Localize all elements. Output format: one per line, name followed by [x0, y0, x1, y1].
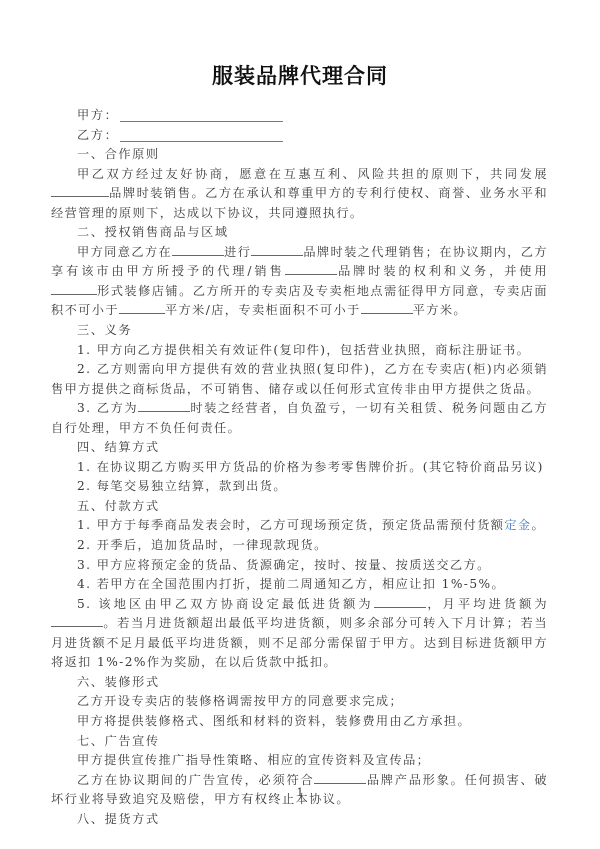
section-heading-5: 五、付款方式	[51, 497, 548, 517]
party-a-field: 甲方：	[51, 106, 548, 126]
blank-field	[51, 185, 109, 197]
section-heading-4: 四、结算方式	[51, 438, 548, 458]
page-number: 1	[0, 786, 600, 799]
party-b-blank[interactable]	[120, 129, 283, 142]
party-b-field: 乙方：	[51, 126, 548, 146]
text-run: 品牌时装的权利和义务，并使用	[337, 264, 548, 278]
section-2-paragraph: 甲方同意乙方在进行品牌时装之代理销售；在协议期内，乙方享有该市由甲方所授予的代理…	[51, 243, 548, 321]
payment-item-5: 5. 该地区由甲乙双方协商设定最低进货额为，月平均进货额为。若当月进货额超出最低…	[51, 595, 548, 673]
obligation-item-3: 3. 乙方为时装之经营者，自负盈亏，一切有关租赁、税务问题由乙方自行处理，甲方不…	[51, 399, 548, 438]
text-run: 1. 甲方于每季商品发表会时，乙方可现场预定货，预定货品需预付货额	[77, 518, 504, 532]
section-heading-2: 二、授权销售商品与区域	[51, 223, 548, 243]
obligation-item-1: 1. 甲方向乙方提供相关有效证件(复印件)，包括营业执照，商标注册证书。	[51, 341, 548, 361]
text-run: 3. 乙方为	[77, 401, 138, 415]
party-a-blank[interactable]	[120, 109, 283, 122]
settlement-item-2: 2. 每笔交易独立结算，款到出货。	[51, 477, 548, 497]
section-heading-7: 七、广告宣传	[51, 732, 548, 752]
section-heading-8: 八、提货方式	[51, 810, 548, 830]
blank-field	[51, 615, 103, 627]
deposit-link[interactable]: 定金	[504, 518, 531, 532]
blank-field	[374, 596, 426, 608]
blank-field	[51, 283, 97, 295]
payment-item-4: 4. 若甲方在全国范围内打折，提前二周通知乙方，相应让扣 1%-5%。	[51, 575, 548, 595]
document-body: 甲方： 乙方： 一、合作原则 甲乙双方经过友好协商，愿意在互惠互利、风险共担的原…	[51, 106, 548, 829]
payment-item-2: 2. 开季后，追加货品时，一律现款现货。	[51, 536, 548, 556]
text-run: 品牌时装销售。乙方在承认和尊重甲方的专利行使权、商誉、业务水平和经营管理的原则下…	[51, 186, 548, 220]
advertising-paragraph-1: 甲方提供宣传推广指导性策略、相应的宣传资料及宣传品；	[51, 751, 548, 771]
text-run: 乙方在协议期间的广告宣传，必须符合	[77, 773, 314, 787]
text-run: 甲乙双方经过友好协商，愿意在互惠互利、风险共担的原则下，共同发展	[77, 167, 548, 181]
blank-field	[285, 263, 337, 275]
blank-field	[314, 772, 366, 784]
section-1-paragraph: 甲乙双方经过友好协商，愿意在互惠互利、风险共担的原则下，共同发展品牌时装销售。乙…	[51, 165, 548, 224]
settlement-item-1: 1. 在协议期乙方购买甲方货品的价格为参考零售牌价折。(其它特价商品另议)	[51, 458, 548, 478]
obligation-item-2: 2. 乙方则需向甲方提供有效的营业执照(复印件)，乙方在专卖店(柜)内必须销售甲…	[51, 360, 548, 399]
party-a-label: 甲方：	[77, 106, 118, 126]
section-heading-1: 一、合作原则	[51, 145, 548, 165]
text-run: 。若当月进货额超出最低平均进货额，则多余部分可转入下月计算；若当月进货额不足月最…	[51, 616, 548, 669]
section-heading-6: 六、装修形式	[51, 673, 548, 693]
text-run: 甲方同意乙方在	[77, 245, 172, 259]
decoration-paragraph-1: 乙方开设专卖店的装修格调需按甲方的同意要求完成；	[51, 692, 548, 712]
blank-field	[172, 244, 224, 256]
party-b-label: 乙方：	[77, 126, 118, 146]
text-run: 5. 该地区由甲乙双方协商设定最低进货额为	[77, 597, 374, 611]
text-run: 平方米/店，专卖柜面积不可小于	[165, 303, 361, 317]
payment-item-3: 3. 甲方应将预定金的货品、货源确定，按时、按量、按质送交乙方。	[51, 556, 548, 576]
document-page: 服装品牌代理合同 甲方： 乙方： 一、合作原则 甲乙双方经过友好协商，愿意在互惠…	[0, 0, 600, 849]
decoration-paragraph-2: 甲方将提供装修格式、图纸和材料的资料，装修费用由乙方承担。	[51, 712, 548, 732]
blank-field	[138, 400, 190, 412]
text-run: ，月平均进货额为	[426, 597, 548, 611]
blank-field	[119, 302, 165, 314]
section-heading-3: 三、义务	[51, 321, 548, 341]
payment-item-1: 1. 甲方于每季商品发表会时，乙方可现场预定货，预定货品需预付货额定金。	[51, 516, 548, 536]
blank-field	[361, 302, 413, 314]
text-run: 平方米。	[413, 303, 467, 317]
text-run: 进行	[224, 245, 251, 259]
document-title: 服装品牌代理合同	[0, 60, 600, 90]
text-run: 。	[532, 518, 546, 532]
blank-field	[251, 244, 303, 256]
